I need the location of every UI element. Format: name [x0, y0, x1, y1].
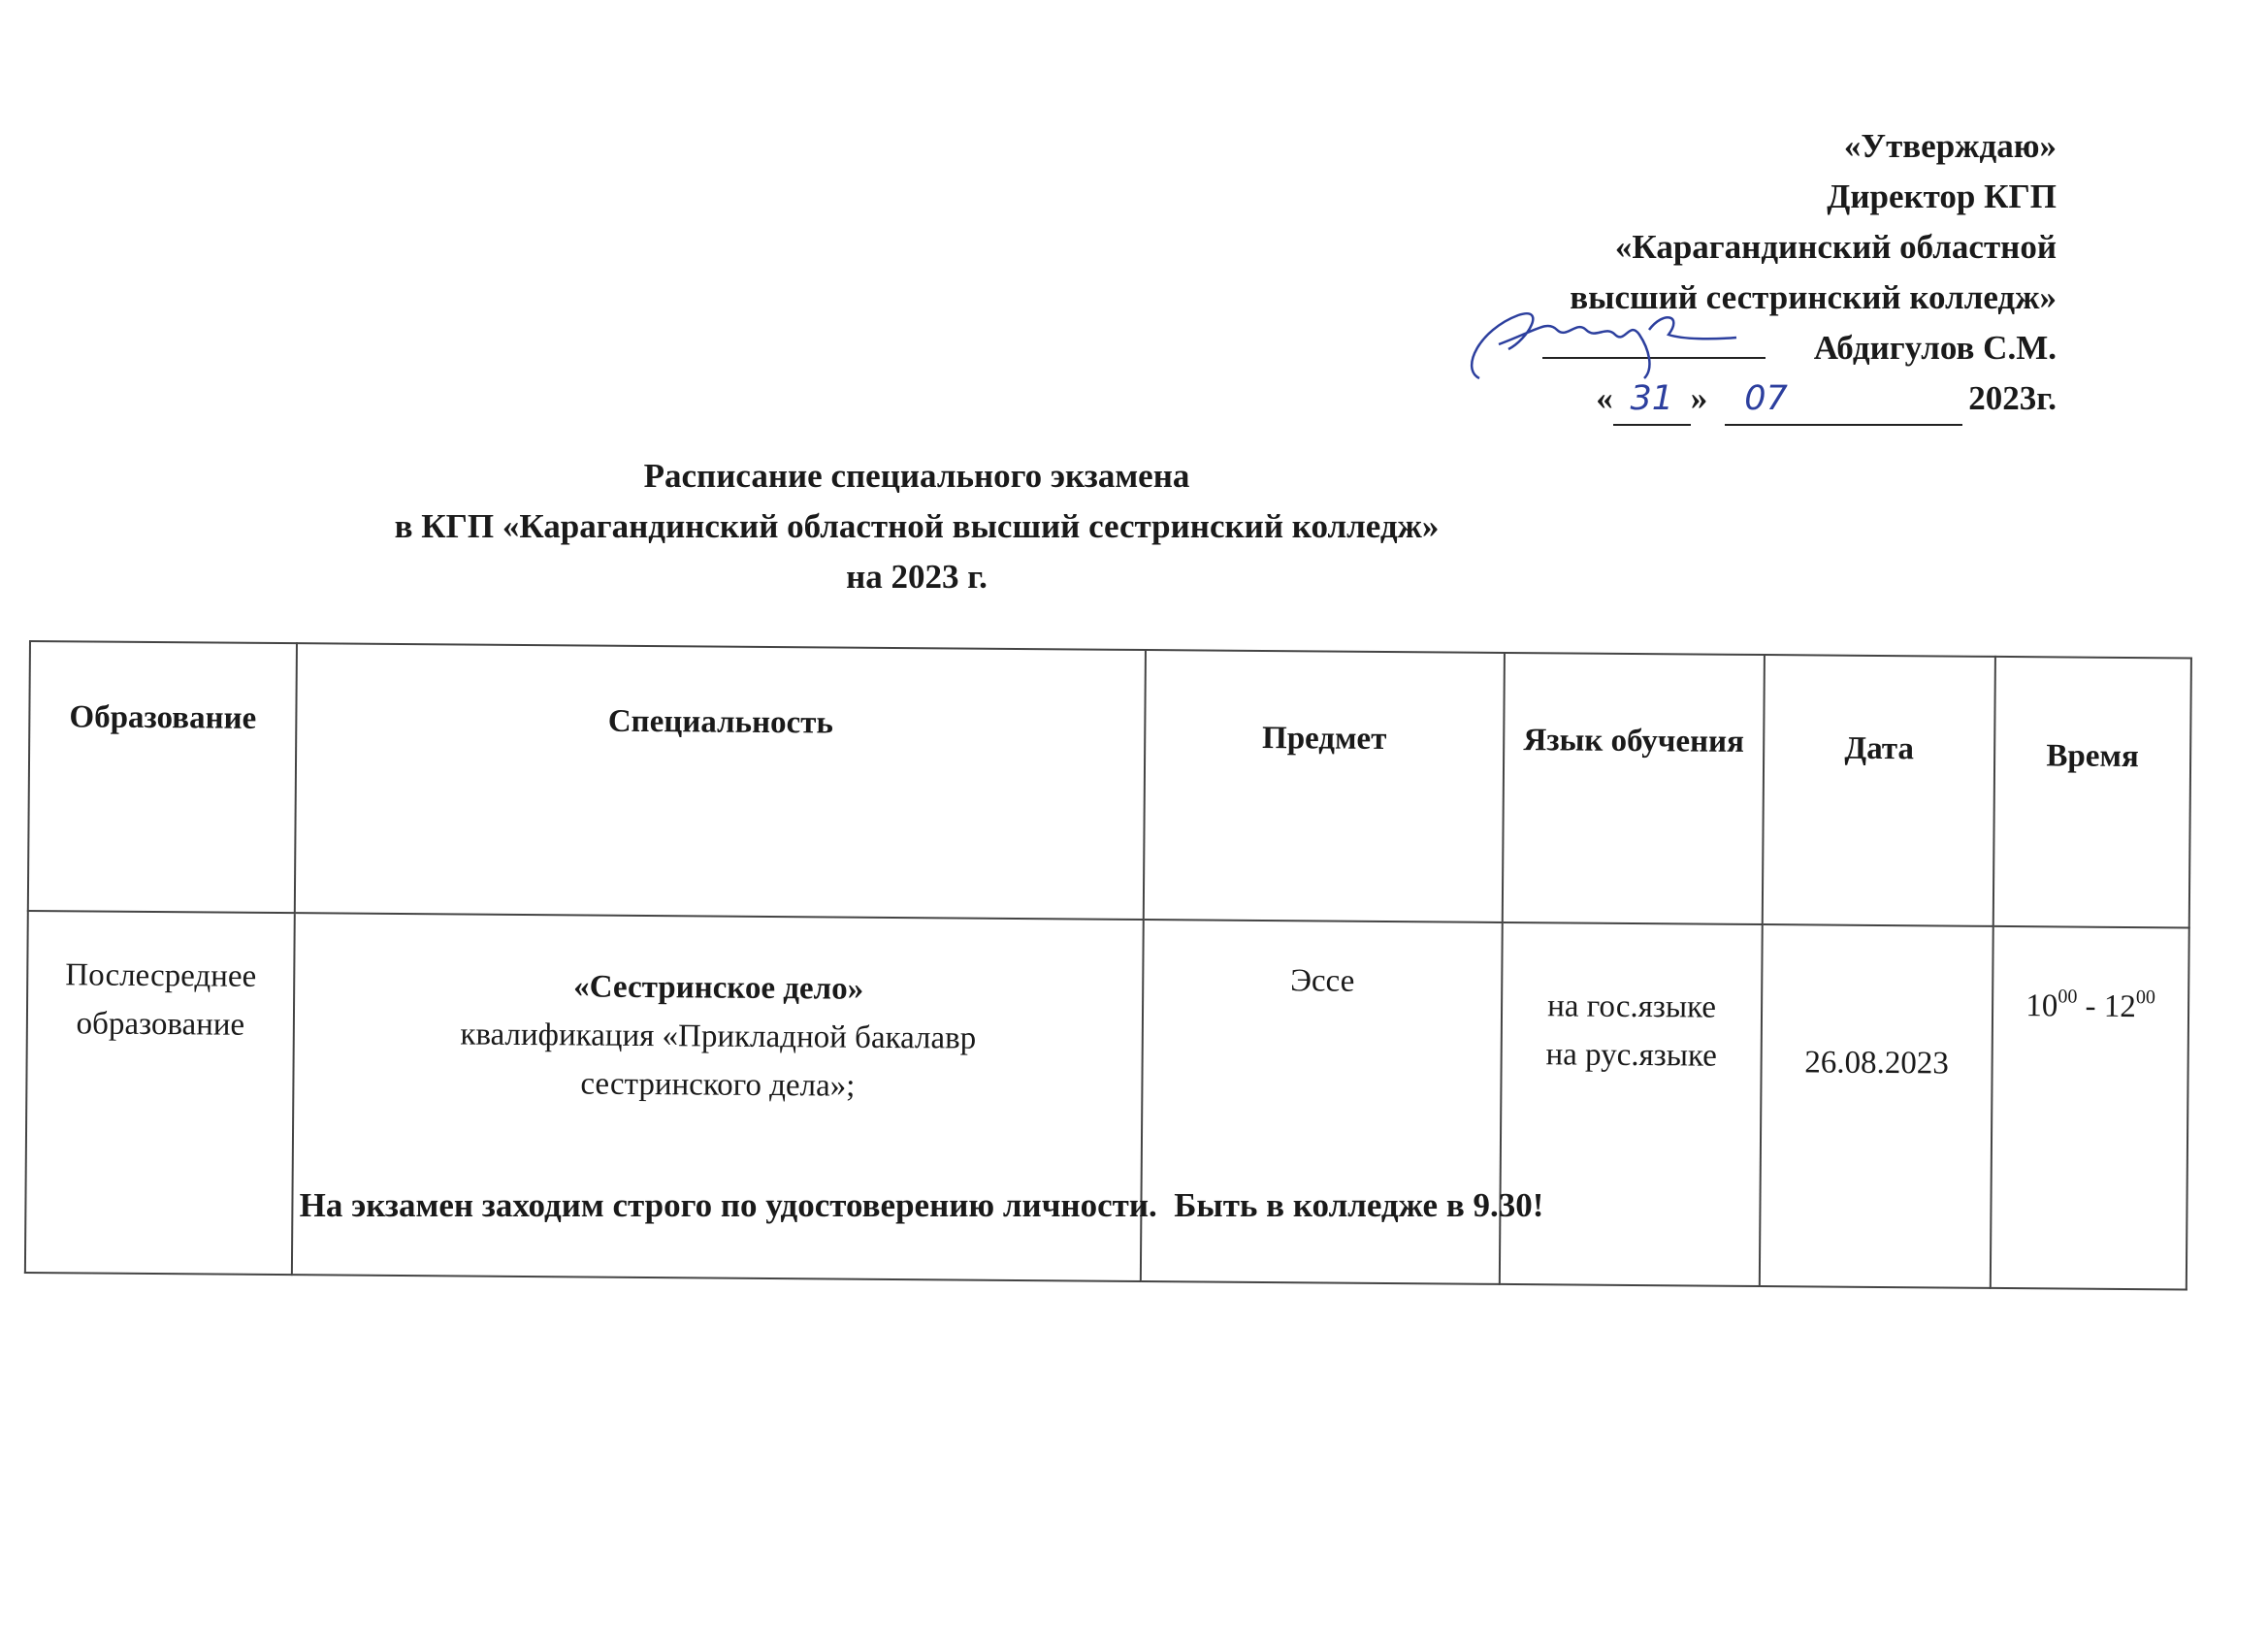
title-line3: на 2023 г. — [0, 552, 1833, 602]
table-header-row: Образование Специальность Предмет Язык о… — [28, 641, 2191, 927]
header-specialty: Специальность — [295, 643, 1146, 920]
language-kazakh: на гос.языке — [1507, 982, 1757, 1032]
language-russian: на рус.языке — [1506, 1030, 1756, 1081]
date-month-handwritten: 07 — [1725, 373, 1962, 426]
entry-note: На экзамен заходим строго по удостоверен… — [0, 1181, 1843, 1230]
org-name-line2: высший сестринский колледж» — [1542, 273, 2057, 323]
date-close-quote: » — [1691, 379, 1708, 417]
signature-line: Абдигулов С.М. — [1542, 323, 2057, 373]
title-line1: Расписание специального экзамена — [0, 451, 1833, 501]
director-name: Абдигулов С.М. — [1814, 329, 2057, 367]
approval-block: «Утверждаю» Директор КГП «Карагандинский… — [1542, 121, 2057, 426]
signature-field — [1542, 328, 1766, 359]
header-education: Образование — [28, 641, 297, 913]
date-day-handwritten: 31 — [1613, 373, 1691, 426]
header-subject: Предмет — [1144, 650, 1505, 922]
time-separator: - — [2077, 989, 2104, 1024]
time-end-hour: 12 — [2104, 989, 2136, 1024]
header-time: Время — [1993, 657, 2191, 928]
title-line2: в КГП «Карагандинский областной высший с… — [0, 501, 1833, 552]
specialty-name: «Сестринское дело» — [299, 960, 1138, 1016]
approval-date: «31»072023г. — [1542, 373, 2057, 426]
specialty-qualification: квалификация «Прикладной бакалавр сестри… — [298, 1009, 1138, 1113]
director-position: Директор КГП — [1542, 172, 2057, 222]
org-name-line1: «Карагандинский областной — [1542, 222, 2057, 273]
cell-time: 1000 - 1200 — [1991, 926, 2189, 1290]
cell-date: 26.08.2023 — [1760, 924, 1993, 1288]
time-start-hour: 10 — [2025, 988, 2057, 1023]
time-end-minutes: 00 — [2136, 986, 2155, 1008]
table-row: Послесреднее образование «Сестринское де… — [25, 911, 2189, 1289]
document-title: Расписание специального экзамена в КГП «… — [0, 451, 1833, 602]
header-date: Дата — [1763, 655, 1995, 926]
time-start-minutes: 00 — [2057, 986, 2077, 1007]
date-open-quote: « — [1596, 379, 1613, 417]
date-year: 2023г. — [1968, 379, 2057, 417]
header-language: Язык обучения — [1503, 653, 1765, 924]
approval-heading: «Утверждаю» — [1542, 121, 2057, 172]
cell-language: на гос.языке на рус.языке — [1500, 922, 1763, 1286]
